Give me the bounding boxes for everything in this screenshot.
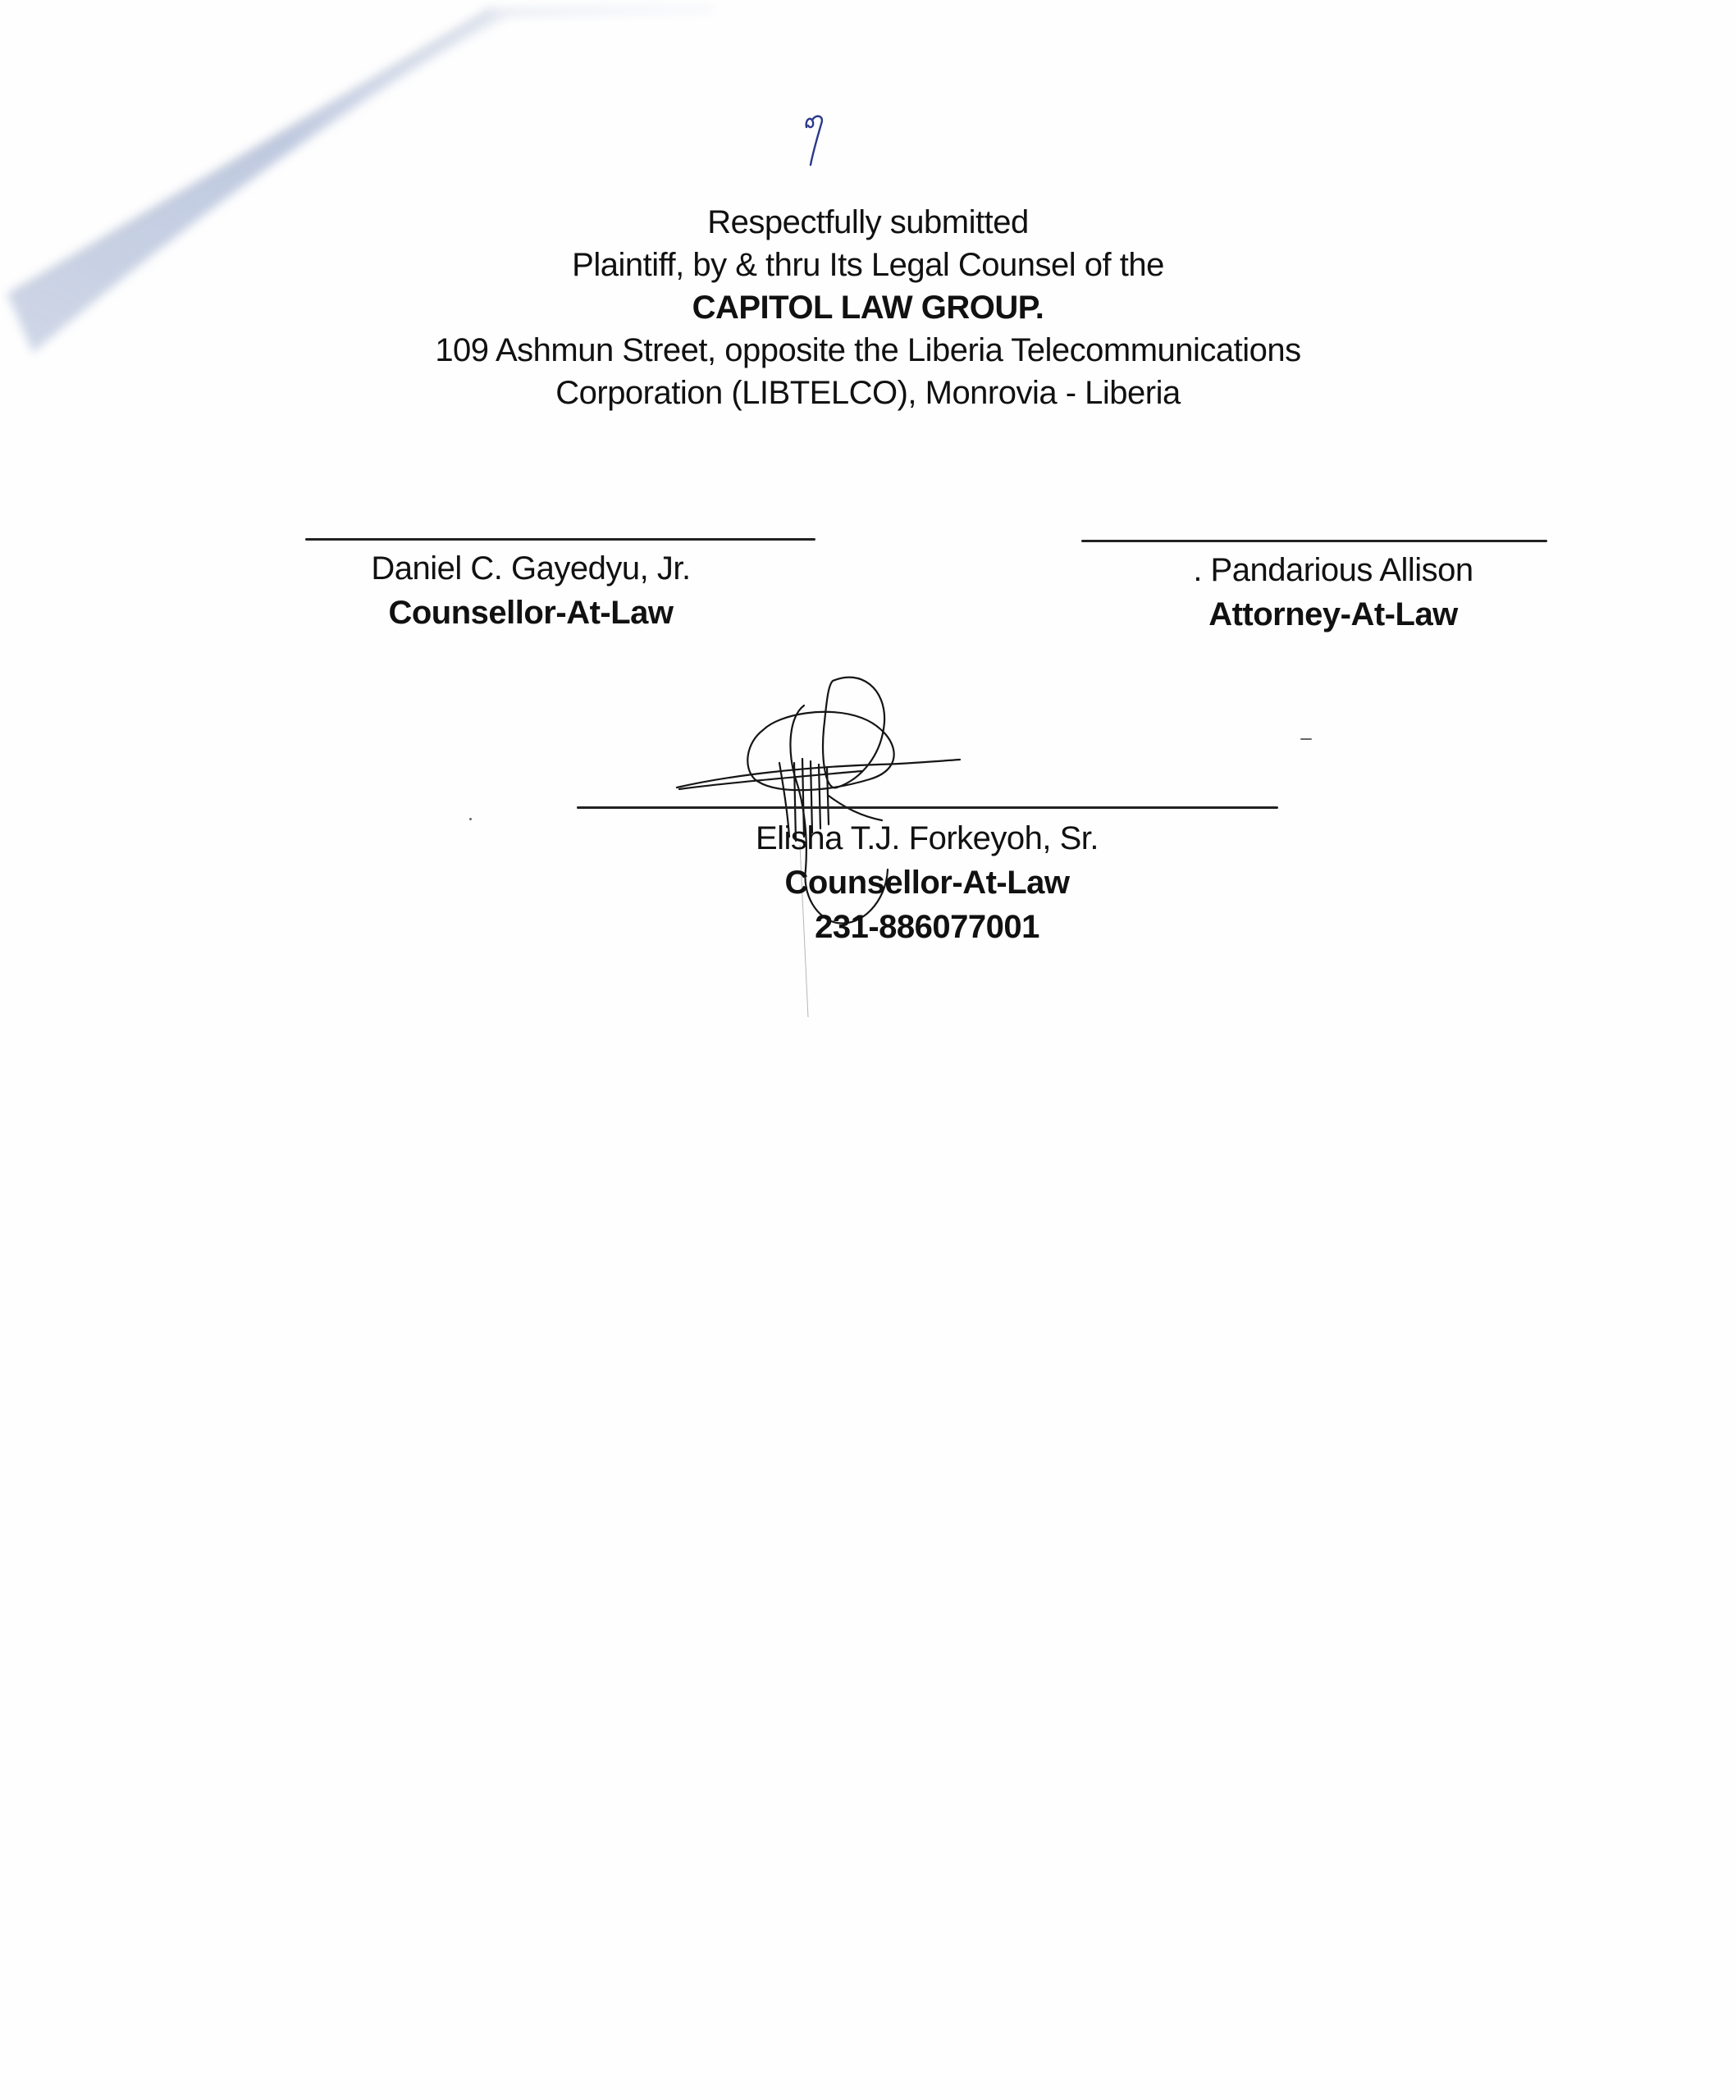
stray-mark	[469, 818, 472, 820]
signatory-name: Elisha T.J. Forkeyoh, Sr.	[681, 816, 1173, 861]
firm-name: CAPITOL LAW GROUP.	[0, 286, 1736, 329]
signature-line-2	[1081, 540, 1547, 542]
address-line-2: Corporation (LIBTELCO), Monrovia - Liber…	[0, 372, 1736, 414]
signatory-block-2: . Pandarious Allison Attorney-At-Law	[1149, 548, 1518, 637]
signatory-title: Counsellor-At-Law	[305, 591, 756, 635]
signatory-name: Daniel C. Gayedyu, Jr.	[305, 546, 756, 591]
signatory-phone: 231-886077001	[681, 905, 1173, 949]
stray-mark	[1300, 738, 1312, 740]
handwritten-page-number	[800, 111, 841, 168]
counsel-line: Plaintiff, by & thru Its Legal Counsel o…	[0, 244, 1736, 286]
signature-line-3	[577, 806, 1278, 809]
signatory-block-1: Daniel C. Gayedyu, Jr. Counsellor-At-Law	[305, 546, 756, 635]
signatory-title: Attorney-At-Law	[1149, 592, 1518, 637]
signatory-title: Counsellor-At-Law	[681, 861, 1173, 905]
address-line-1: 109 Ashmun Street, opposite the Liberia …	[0, 329, 1736, 372]
signature-line-1	[305, 538, 815, 541]
signatory-name: . Pandarious Allison	[1149, 548, 1518, 592]
submission-block: Respectfully submitted Plaintiff, by & t…	[0, 201, 1736, 414]
respectfully-submitted: Respectfully submitted	[0, 201, 1736, 244]
signatory-block-3: Elisha T.J. Forkeyoh, Sr. Counsellor-At-…	[681, 816, 1173, 949]
